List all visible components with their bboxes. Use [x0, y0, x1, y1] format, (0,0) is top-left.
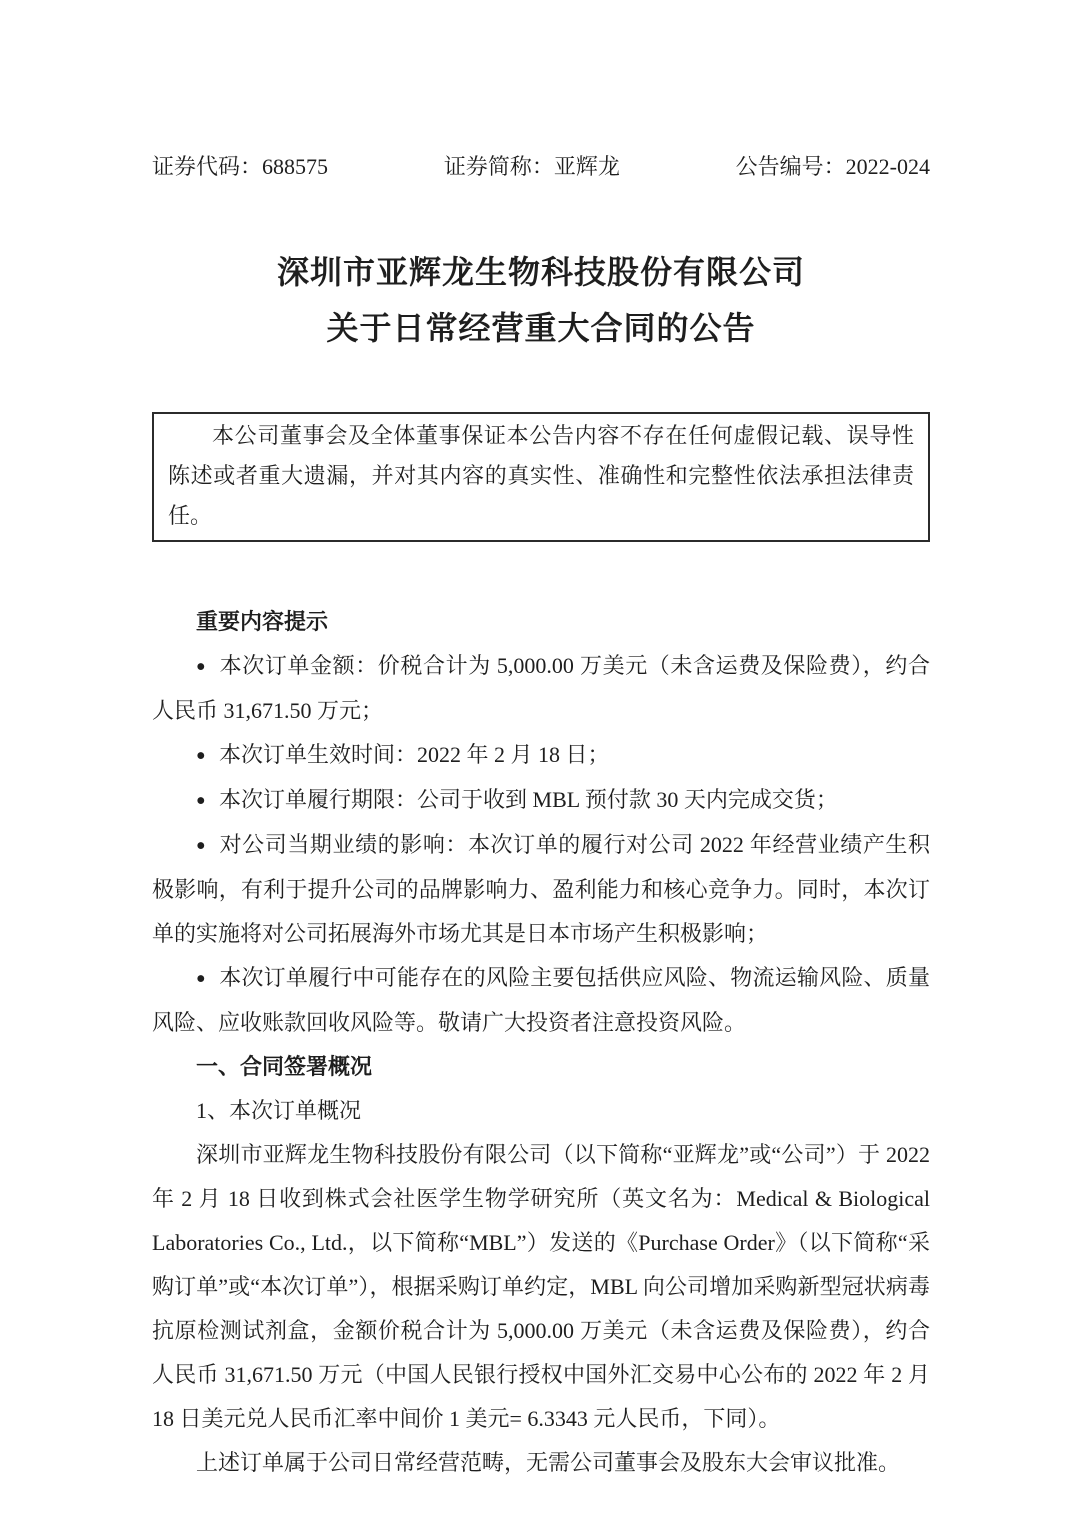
document-title: 深圳市亚辉龙生物科技股份有限公司 关于日常经营重大合同的公告 [152, 244, 930, 356]
section1-heading: 一、合同签署概况 [152, 1045, 930, 1089]
bullet-icon: ● [196, 645, 206, 689]
disclaimer-text: 本公司董事会及全体董事保证本公告内容不存在任何虚假记载、误导性陈述或者重大遗漏，… [168, 416, 914, 536]
announcement-document-page: 证券代码：688575 证券简称：亚辉龙 公告编号：2022-024 深圳市亚辉… [0, 0, 1080, 1527]
notice-bullet-item: ●本次订单履行中可能存在的风险主要包括供应风险、物流运输风险、质量风险、应收账款… [152, 956, 930, 1045]
document-title-line1: 深圳市亚辉龙生物科技股份有限公司 [152, 244, 930, 300]
notice-bullet-text: 本次订单履行期限：公司于收到 MBL 预付款 30 天内完成交货； [219, 787, 838, 812]
notice-bullet-text: 本次订单履行中可能存在的风险主要包括供应风险、物流运输风险、质量风险、应收账款回… [152, 965, 930, 1035]
stock-code: 证券代码：688575 [152, 152, 328, 182]
bullet-icon: ● [196, 734, 206, 778]
notice-bullet-item: ●本次订单金额：价税合计为 5,000.00 万美元（未含运费及保险费），约合人… [152, 644, 930, 733]
notice-bullet-item: ●对公司当期业绩的影响：本次订单的履行对公司 2022 年经营业绩产生积极影响，… [152, 823, 930, 956]
notice-bullet-item: ●本次订单履行期限：公司于收到 MBL 预付款 30 天内完成交货； [152, 778, 930, 823]
notice-bullet-text: 本次订单生效时间：2022 年 2 月 18 日； [219, 742, 610, 767]
notice-bullet-item: ●本次订单生效时间：2022 年 2 月 18 日； [152, 733, 930, 778]
announcement-number: 公告编号：2022-024 [736, 152, 930, 182]
document-body: 重要内容提示 ●本次订单金额：价税合计为 5,000.00 万美元（未含运费及保… [152, 600, 930, 1485]
disclaimer-box: 本公司董事会及全体董事保证本公告内容不存在任何虚假记载、误导性陈述或者重大遗漏，… [152, 412, 930, 542]
section1-paragraph2: 上述订单属于公司日常经营范畴，无需公司董事会及股东大会审议批准。 [152, 1441, 930, 1485]
bullet-icon: ● [196, 824, 206, 868]
section1-subheading: 1、本次订单概况 [152, 1089, 930, 1133]
important-notice-heading: 重要内容提示 [152, 600, 930, 644]
document-title-line2: 关于日常经营重大合同的公告 [152, 300, 930, 356]
stock-short-name: 证券简称：亚辉龙 [444, 152, 620, 182]
bullet-icon: ● [196, 779, 206, 823]
bullet-icon: ● [196, 957, 206, 1001]
section1-paragraph1: 深圳市亚辉龙生物科技股份有限公司（以下简称“亚辉龙”或“公司”）于 2022 年… [152, 1133, 930, 1441]
notice-bullet-text: 本次订单金额：价税合计为 5,000.00 万美元（未含运费及保险费），约合人民… [152, 653, 930, 723]
notice-bullet-text: 对公司当期业绩的影响：本次订单的履行对公司 2022 年经营业绩产生积极影响，有… [152, 832, 930, 946]
document-header-row: 证券代码：688575 证券简称：亚辉龙 公告编号：2022-024 [152, 152, 930, 182]
